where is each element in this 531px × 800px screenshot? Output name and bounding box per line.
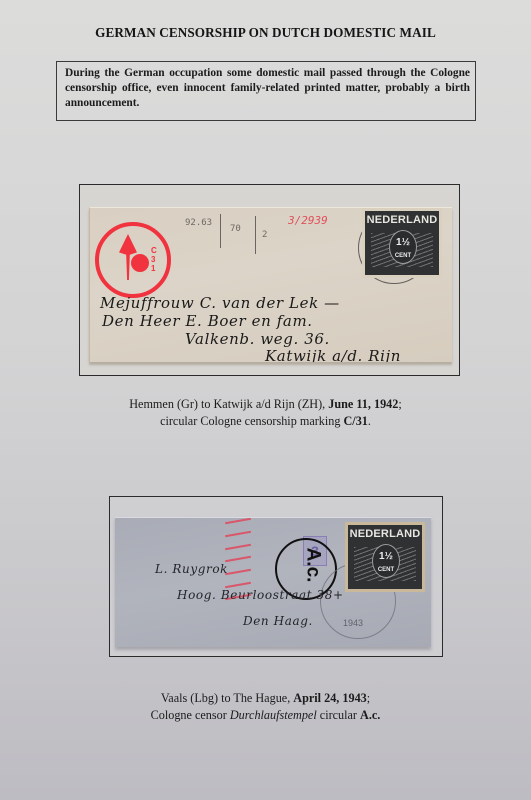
caption-route: Hemmen (Gr) to Katwijk a/d Rijn (ZH),	[129, 397, 328, 411]
page-title: GERMAN CENSORSHIP ON DUTCH DOMESTIC MAIL	[0, 25, 531, 41]
pencil-note: 70	[230, 224, 241, 234]
caption-line: Cologne censor Durchlaufstempel circular…	[0, 707, 531, 724]
censor-code: C31	[151, 246, 159, 273]
cover-frame-1943: 3 A.c. 1943 NEDERLAND 1½ CENT L. Ruygrok…	[109, 496, 443, 657]
caption-desc: circular Cologne censorship marking	[160, 414, 343, 428]
pencil-divider	[255, 216, 256, 254]
caption-marking: C/31	[344, 414, 368, 428]
caption-route: Vaals (Lbg) to The Hague,	[161, 691, 293, 705]
ac-text: A.c.	[301, 548, 323, 583]
pencil-divider	[220, 214, 221, 248]
postage-stamp: NEDERLAND 1½ CENT	[345, 522, 425, 592]
cover-frame-1942: C31 92.63 70 2 3/2939 NEDERLAND 1½ CENT …	[79, 184, 460, 376]
stamp-value: 1½ CENT	[372, 544, 400, 578]
postmark-year: 1943	[343, 618, 363, 628]
caption-punct: ;	[398, 397, 401, 411]
caption-punct: ;	[367, 691, 370, 705]
stamp-country: NEDERLAND	[365, 214, 439, 226]
stamp-value-number: 1½	[379, 551, 393, 562]
intro-text-box: During the German occupation some domest…	[56, 61, 476, 121]
address-line: Katwijk a/d. Rijn	[265, 347, 401, 362]
address-line: Mejuffrouw C. van der Lek —	[100, 294, 340, 312]
pencil-note: 2	[262, 230, 267, 240]
stamp-country: NEDERLAND	[348, 528, 422, 540]
stamp-unit: CENT	[378, 567, 394, 573]
address-line: Den Heer E. Boer en fam.	[102, 312, 313, 330]
stamp-value-number: 1½	[396, 237, 410, 248]
caption-1942: Hemmen (Gr) to Katwijk a/d Rijn (ZH), Ju…	[0, 396, 531, 430]
caption-term: Durchlaufstempel	[230, 708, 317, 722]
envelope-1942: C31 92.63 70 2 3/2939 NEDERLAND 1½ CENT …	[89, 207, 452, 362]
cologne-censor-mark-red: C31	[95, 222, 171, 298]
caption-desc: Cologne censor	[151, 708, 230, 722]
caption-desc: circular	[317, 708, 360, 722]
envelope-1943: 3 A.c. 1943 NEDERLAND 1½ CENT L. Ruygrok…	[115, 517, 431, 647]
pencil-note: 92.63	[185, 218, 212, 228]
address-line: Den Haag.	[243, 614, 313, 628]
caption-date: April 24, 1943	[293, 691, 366, 705]
caption-line: circular Cologne censorship marking C/31…	[0, 413, 531, 430]
address-line: Valkenb. weg. 36.	[185, 330, 330, 348]
caption-marking: A.c.	[360, 708, 380, 722]
address-line: Hoog. Beurloostraat 38+	[177, 588, 344, 602]
red-pencil-note: 3/2939	[288, 214, 328, 227]
wreath-emblem-icon	[131, 254, 149, 272]
caption-punct: .	[368, 414, 371, 428]
caption-line: Vaals (Lbg) to The Hague, April 24, 1943…	[0, 690, 531, 707]
stamp-value: 1½ CENT	[389, 230, 417, 264]
caption-line: Hemmen (Gr) to Katwijk a/d Rijn (ZH), Ju…	[0, 396, 531, 413]
stamp-unit: CENT	[395, 253, 411, 259]
caption-date: June 11, 1942	[328, 397, 398, 411]
red-line-marks	[225, 518, 253, 618]
address-line: L. Ruygrok	[155, 562, 228, 576]
postage-stamp: NEDERLAND 1½ CENT	[362, 208, 442, 278]
caption-1943: Vaals (Lbg) to The Hague, April 24, 1943…	[0, 690, 531, 724]
